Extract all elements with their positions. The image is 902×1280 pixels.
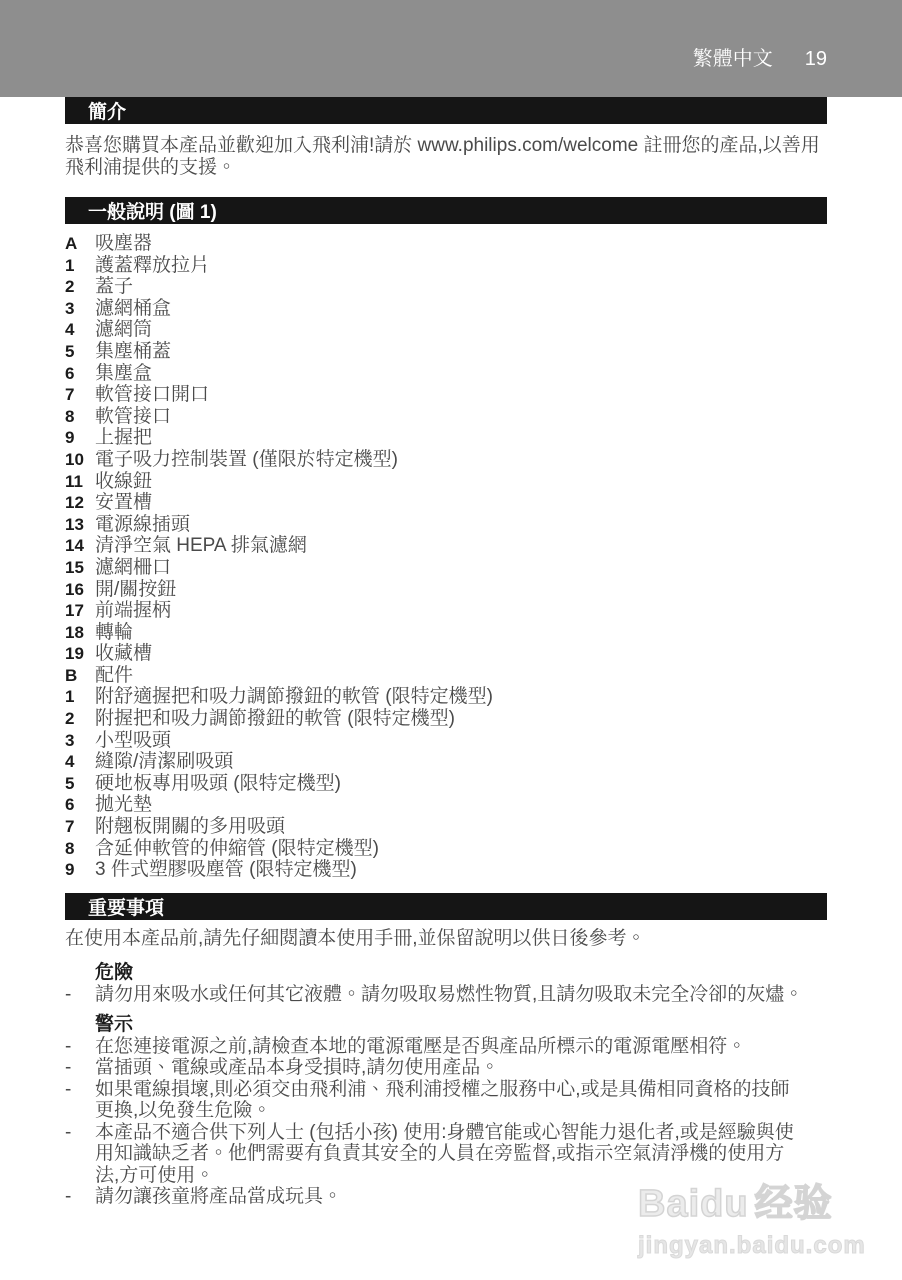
bullet-dash: - (65, 1057, 95, 1079)
list-item-label: 軟管接口開口 (95, 384, 209, 406)
list-item-number: 3 (65, 730, 95, 752)
list-item: 7 軟管接口開口 (65, 384, 902, 406)
list-item-label: 濾網筒 (95, 319, 152, 341)
list-item-label: 含延伸軟管的伸縮管 (限特定機型) (95, 838, 379, 860)
list-item-label: 蓋子 (95, 276, 133, 298)
list-item-label: 轉輪 (95, 622, 133, 644)
list-item-label: 收線鈕 (95, 471, 152, 493)
bullet-dash: - (65, 984, 95, 1006)
section-title-important: 重要事項 (88, 893, 164, 920)
bullet-text: 本產品不適合供下列人士 (包括小孩) 使用:身體官能或心智能力退化者,或是經驗與… (95, 1122, 805, 1187)
danger-bullet-list: - 請勿用來吸水或任何其它液體。請勿吸取易燃性物質,且請勿吸取未完全冷卻的灰燼。 (65, 984, 902, 1006)
list-item-label: 電源線插頭 (95, 514, 190, 536)
list-item-number: B (65, 665, 95, 687)
parts-list: A 吸塵器 1 護蓋釋放拉片 2 蓋子 3 濾網桶盒 4 濾網筒 (65, 233, 902, 881)
list-item-label: 濾網柵口 (95, 557, 171, 579)
list-item: 8 軟管接口 (65, 406, 902, 428)
list-item: B 配件 (65, 665, 902, 687)
list-item-label: 濾網桶盒 (95, 298, 171, 320)
list-item-number: 11 (65, 471, 95, 493)
section-title-general-description: 一般說明 (圖 1) (88, 197, 217, 224)
list-item-label: 附握把和吸力調節撥鈕的軟管 (限特定機型) (95, 708, 455, 730)
list-item-label: 集塵桶蓋 (95, 341, 171, 363)
intro-paragraph: 恭喜您購買本產品並歡迎加入飛利浦!請於 www.philips.com/welc… (65, 135, 833, 178)
warning-bullet: - 在您連接電源之前,請檢查本地的電源電壓是否與產品所標示的電源電壓相符。 (65, 1036, 902, 1058)
list-item-label: 安置槽 (95, 492, 152, 514)
list-item: 9 3 件式塑膠吸塵管 (限特定機型) (65, 859, 902, 881)
list-item-label: 收藏槽 (95, 643, 152, 665)
list-item-label: 小型吸頭 (95, 730, 171, 752)
list-item-number: 3 (65, 298, 95, 320)
list-item-label: 前端握柄 (95, 600, 171, 622)
list-item: 6 拋光墊 (65, 794, 902, 816)
list-item: 14 清淨空氣 HEPA 排氣濾網 (65, 535, 902, 557)
list-item: 3 小型吸頭 (65, 730, 902, 752)
list-item-label: 護蓋釋放拉片 (95, 255, 209, 277)
list-item-label: 配件 (95, 665, 133, 687)
section-bar-general-description: 一般說明 (圖 1) (65, 197, 827, 224)
danger-heading: 危險 (95, 962, 902, 984)
list-item-number: 4 (65, 751, 95, 773)
warning-bullet: - 本產品不適合供下列人士 (包括小孩) 使用:身體官能或心智能力退化者,或是經… (65, 1122, 902, 1187)
list-item-number: 8 (65, 406, 95, 428)
list-item-number: 12 (65, 492, 95, 514)
list-item: 9 上握把 (65, 427, 902, 449)
list-item-number: A (65, 233, 95, 255)
list-item: 4 縫隙/清潔刷吸頭 (65, 751, 902, 773)
list-item-number: 5 (65, 773, 95, 795)
list-item-number: 8 (65, 838, 95, 860)
warning-bullet: - 如果電線損壞,則必須交由飛利浦、飛利浦授權之服務中心,或是具備相同資格的技師… (65, 1079, 902, 1122)
bullet-dash: - (65, 1186, 95, 1208)
list-item: 15 濾網柵口 (65, 557, 902, 579)
list-item-label: 附舒適握把和吸力調節撥鈕的軟管 (限特定機型) (95, 686, 493, 708)
list-item-number: 7 (65, 816, 95, 838)
list-item: 13 電源線插頭 (65, 514, 902, 536)
bullet-text: 請勿讓孩童將產品當成玩具。 (95, 1186, 805, 1208)
list-item-label: 上握把 (95, 427, 152, 449)
section-bar-intro: 簡介 (65, 97, 827, 124)
list-item: 5 硬地板專用吸頭 (限特定機型) (65, 773, 902, 795)
section-bar-important: 重要事項 (65, 893, 827, 920)
list-item: 2 附握把和吸力調節撥鈕的軟管 (限特定機型) (65, 708, 902, 730)
list-item-number: 6 (65, 794, 95, 816)
danger-bullet: - 請勿用來吸水或任何其它液體。請勿吸取易燃性物質,且請勿吸取未完全冷卻的灰燼。 (65, 984, 902, 1006)
bullet-text: 如果電線損壞,則必須交由飛利浦、飛利浦授權之服務中心,或是具備相同資格的技師更換… (95, 1079, 805, 1122)
list-item: 12 安置槽 (65, 492, 902, 514)
list-item-label: 3 件式塑膠吸塵管 (限特定機型) (95, 859, 357, 881)
list-item-number: 1 (65, 686, 95, 708)
warning-bullet-list: - 在您連接電源之前,請檢查本地的電源電壓是否與產品所標示的電源電壓相符。 - … (65, 1036, 902, 1208)
list-item: 16 開/關按鈕 (65, 579, 902, 601)
bullet-text: 請勿用來吸水或任何其它液體。請勿吸取易燃性物質,且請勿吸取未完全冷卻的灰燼。 (95, 984, 805, 1006)
list-item-label: 拋光墊 (95, 794, 152, 816)
list-item-number: 1 (65, 255, 95, 277)
list-item: 19 收藏槽 (65, 643, 902, 665)
section-title-intro: 簡介 (88, 97, 126, 124)
list-item: A 吸塵器 (65, 233, 902, 255)
list-item: 17 前端握柄 (65, 600, 902, 622)
list-item-number: 18 (65, 622, 95, 644)
warning-bullet: - 當插頭、電線或產品本身受損時,請勿使用產品。 (65, 1057, 902, 1079)
list-item-number: 7 (65, 384, 95, 406)
list-item-label: 開/關按鈕 (95, 579, 176, 601)
language-label: 繁體中文 (693, 42, 773, 71)
list-item: 7 附翹板開關的多用吸頭 (65, 816, 902, 838)
list-item: 5 集塵桶蓋 (65, 341, 902, 363)
bullet-text: 當插頭、電線或產品本身受損時,請勿使用產品。 (95, 1057, 805, 1079)
list-item-number: 14 (65, 535, 95, 557)
list-item: 18 轉輪 (65, 622, 902, 644)
list-item: 6 集塵盒 (65, 363, 902, 385)
list-item: 1 附舒適握把和吸力調節撥鈕的軟管 (限特定機型) (65, 686, 902, 708)
list-item-number: 5 (65, 341, 95, 363)
important-intro-paragraph: 在使用本產品前,請先仔細閱讀本使用手冊,並保留說明以供日後參考。 (65, 928, 833, 950)
list-item-label: 硬地板專用吸頭 (限特定機型) (95, 773, 341, 795)
list-item: 11 收線鈕 (65, 471, 902, 493)
list-item-number: 9 (65, 859, 95, 881)
bullet-text: 在您連接電源之前,請檢查本地的電源電壓是否與產品所標示的電源電壓相符。 (95, 1036, 805, 1058)
bullet-dash: - (65, 1036, 95, 1058)
list-item: 1 護蓋釋放拉片 (65, 255, 902, 277)
bullet-dash: - (65, 1122, 95, 1187)
list-item-number: 4 (65, 319, 95, 341)
list-item: 10 電子吸力控制裝置 (僅限於特定機型) (65, 449, 902, 471)
list-item-number: 13 (65, 514, 95, 536)
list-item: 2 蓋子 (65, 276, 902, 298)
list-item: 3 濾網桶盒 (65, 298, 902, 320)
list-item-number: 2 (65, 276, 95, 298)
warning-bullet: - 請勿讓孩童將產品當成玩具。 (65, 1186, 902, 1208)
list-item-label: 電子吸力控制裝置 (僅限於特定機型) (95, 449, 398, 471)
page-number: 19 (805, 48, 827, 71)
list-item-label: 軟管接口 (95, 406, 171, 428)
list-item-number: 6 (65, 363, 95, 385)
list-item-number: 19 (65, 643, 95, 665)
bullet-dash: - (65, 1079, 95, 1122)
list-item-number: 9 (65, 427, 95, 449)
list-item: 4 濾網筒 (65, 319, 902, 341)
page-header-band: 繁體中文 19 (0, 0, 902, 97)
list-item-label: 附翹板開關的多用吸頭 (95, 816, 285, 838)
list-item-number: 10 (65, 449, 95, 471)
list-item-label: 清淨空氣 HEPA 排氣濾網 (95, 535, 307, 557)
list-item-label: 集塵盒 (95, 363, 152, 385)
page-content: 簡介 恭喜您購買本產品並歡迎加入飛利浦!請於 www.philips.com/w… (65, 97, 902, 1208)
list-item: 8 含延伸軟管的伸縮管 (限特定機型) (65, 838, 902, 860)
list-item-number: 16 (65, 579, 95, 601)
list-item-number: 2 (65, 708, 95, 730)
watermark-url: jingyan.baidu.com (638, 1232, 866, 1260)
list-item-number: 17 (65, 600, 95, 622)
list-item-label: 吸塵器 (95, 233, 152, 255)
warning-heading: 警示 (95, 1014, 902, 1036)
list-item-label: 縫隙/清潔刷吸頭 (95, 751, 233, 773)
list-item-number: 15 (65, 557, 95, 579)
